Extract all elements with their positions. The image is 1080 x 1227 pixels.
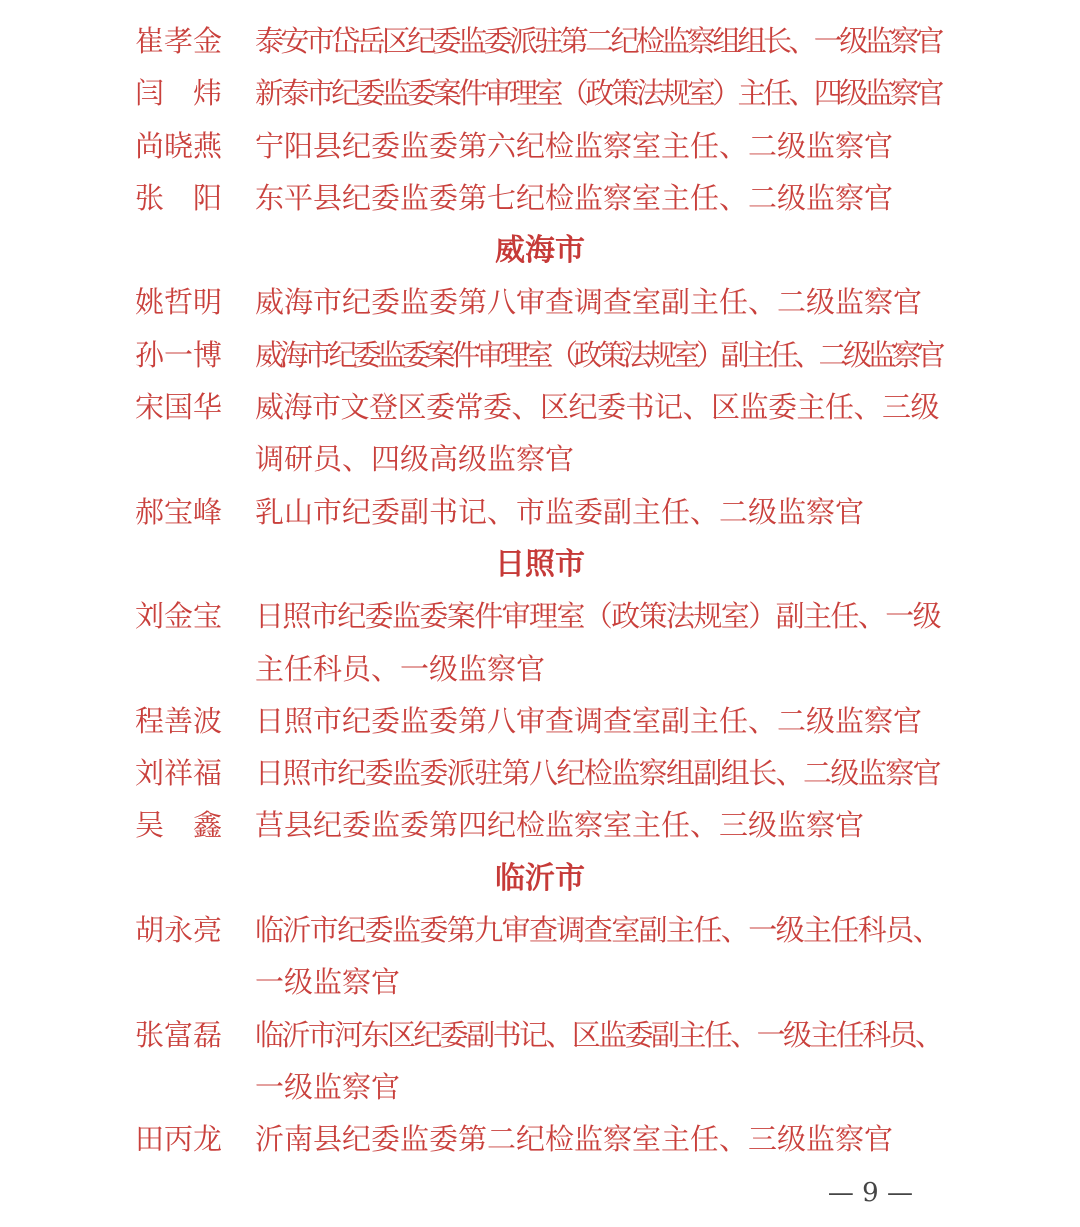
position-line: 东平县纪委监委第七纪检监察室主任、二级监察官 <box>255 173 945 225</box>
entry-name: 宋国华 <box>135 382 227 434</box>
position-line: 日照市纪委监委第八审查调查室副主任、二级监察官 <box>255 696 945 748</box>
entry-row: 程善波 日照市纪委监委第八审查调查室副主任、二级监察官 <box>135 696 945 748</box>
section-header-linyi: 临沂市 <box>135 853 945 905</box>
entry-row: 刘祥福 日照市纪委监委派驻第八纪检监察组副组长、二级监察官 <box>135 748 945 800</box>
entry-position: 威海市纪委监委案件审理室（政策法规室）副主任、二级监察官 <box>255 330 945 382</box>
position-line: 主任科员、一级监察官 <box>255 644 945 696</box>
position-line: 临沂市河东区纪委副书记、区监委副主任、一级主任科员、 <box>255 1010 945 1062</box>
position-line: 乳山市纪委副书记、市监委副主任、二级监察官 <box>255 487 945 539</box>
position-line: 威海市纪委监委第八审查调查室副主任、二级监察官 <box>255 277 945 329</box>
entry-name: 崔孝金 <box>135 16 227 68</box>
entry-row: 吴 鑫 莒县纪委监委第四纪检监察室主任、三级监察官 <box>135 800 945 852</box>
entry-name: 尚晓燕 <box>135 121 227 173</box>
entry-row: 宋国华 威海市文登区委常委、区纪委书记、区监委主任、三级 调研员、四级高级监察官 <box>135 382 945 487</box>
entry-position: 泰安市岱岳区纪委监委派驻第二纪检监察组组长、一级监察官 <box>255 16 945 68</box>
entry-position: 威海市文登区委常委、区纪委书记、区监委主任、三级 调研员、四级高级监察官 <box>255 382 945 487</box>
entry-row: 尚晓燕 宁阳县纪委监委第六纪检监察室主任、二级监察官 <box>135 121 945 173</box>
position-line: 新泰市纪委监委案件审理室（政策法规室）主任、四级监察官 <box>255 68 945 120</box>
entry-name: 胡永亮 <box>135 905 227 957</box>
entry-name: 田丙龙 <box>135 1114 227 1166</box>
entry-row: 郝宝峰 乳山市纪委副书记、市监委副主任、二级监察官 <box>135 487 945 539</box>
entry-row: 田丙龙 沂南县纪委监委第二纪检监察室主任、三级监察官 <box>135 1114 945 1166</box>
position-line: 一级监察官 <box>255 957 945 1009</box>
entry-position: 新泰市纪委监委案件审理室（政策法规室）主任、四级监察官 <box>255 68 945 120</box>
entry-name: 张富磊 <box>135 1010 227 1062</box>
entry-row: 姚哲明 威海市纪委监委第八审查调查室副主任、二级监察官 <box>135 277 945 329</box>
entry-name: 张 阳 <box>135 173 227 225</box>
entry-row: 张 阳 东平县纪委监委第七纪检监察室主任、二级监察官 <box>135 173 945 225</box>
entry-position: 临沂市河东区纪委副书记、区监委副主任、一级主任科员、 一级监察官 <box>255 1010 945 1115</box>
position-line: 日照市纪委监委派驻第八纪检监察组副组长、二级监察官 <box>255 748 945 800</box>
entry-name: 刘金宝 <box>135 591 227 643</box>
entry-name: 程善波 <box>135 696 227 748</box>
position-line: 调研员、四级高级监察官 <box>255 434 945 486</box>
position-line: 宁阳县纪委监委第六纪检监察室主任、二级监察官 <box>255 121 945 173</box>
entry-position: 日照市纪委监委案件审理室（政策法规室）副主任、一级 主任科员、一级监察官 <box>255 591 945 696</box>
entry-name: 刘祥福 <box>135 748 227 800</box>
position-line: 沂南县纪委监委第二纪检监察室主任、三级监察官 <box>255 1114 945 1166</box>
entry-name: 姚哲明 <box>135 277 227 329</box>
position-line: 泰安市岱岳区纪委监委派驻第二纪检监察组组长、一级监察官 <box>255 16 945 68</box>
position-line: 威海市纪委监委案件审理室（政策法规室）副主任、二级监察官 <box>255 330 945 382</box>
entry-position: 莒县纪委监委第四纪检监察室主任、三级监察官 <box>255 800 945 852</box>
entry-position: 威海市纪委监委第八审查调查室副主任、二级监察官 <box>255 277 945 329</box>
position-line: 莒县纪委监委第四纪检监察室主任、三级监察官 <box>255 800 945 852</box>
section-header-rizhao: 日照市 <box>135 539 945 591</box>
entry-name: 吴 鑫 <box>135 800 227 852</box>
entry-position: 沂南县纪委监委第二纪检监察室主任、三级监察官 <box>255 1114 945 1166</box>
entry-position: 乳山市纪委副书记、市监委副主任、二级监察官 <box>255 487 945 539</box>
entry-position: 临沂市纪委监委第九审查调查室副主任、一级主任科员、 一级监察官 <box>255 905 945 1010</box>
entry-name: 郝宝峰 <box>135 487 227 539</box>
section-header-weihai: 威海市 <box>135 225 945 277</box>
position-line: 威海市文登区委常委、区纪委书记、区监委主任、三级 <box>255 382 945 434</box>
entry-name: 闫 炜 <box>135 68 227 120</box>
position-line: 一级监察官 <box>255 1062 945 1114</box>
position-line: 临沂市纪委监委第九审查调查室副主任、一级主任科员、 <box>255 905 945 957</box>
entry-row: 孙一博 威海市纪委监委案件审理室（政策法规室）副主任、二级监察官 <box>135 330 945 382</box>
entry-position: 日照市纪委监委第八审查调查室副主任、二级监察官 <box>255 696 945 748</box>
entry-row: 胡永亮 临沂市纪委监委第九审查调查室副主任、一级主任科员、 一级监察官 <box>135 905 945 1010</box>
entry-position: 东平县纪委监委第七纪检监察室主任、二级监察官 <box>255 173 945 225</box>
position-line: 日照市纪委监委案件审理室（政策法规室）副主任、一级 <box>255 591 945 643</box>
entry-row: 闫 炜 新泰市纪委监委案件审理室（政策法规室）主任、四级监察官 <box>135 68 945 120</box>
entry-position: 宁阳县纪委监委第六纪检监察室主任、二级监察官 <box>255 121 945 173</box>
entry-row: 张富磊 临沂市河东区纪委副书记、区监委副主任、一级主任科员、 一级监察官 <box>135 1010 945 1115</box>
document-page: 崔孝金 泰安市岱岳区纪委监委派驻第二纪检监察组组长、一级监察官 闫 炜 新泰市纪… <box>0 0 1080 1227</box>
entry-row: 崔孝金 泰安市岱岳区纪委监委派驻第二纪检监察组组长、一级监察官 <box>135 16 945 68</box>
entry-position: 日照市纪委监委派驻第八纪检监察组副组长、二级监察官 <box>255 748 945 800</box>
entry-name: 孙一博 <box>135 330 227 382</box>
entry-row: 刘金宝 日照市纪委监委案件审理室（政策法规室）副主任、一级 主任科员、一级监察官 <box>135 591 945 696</box>
page-number: — 9 — <box>135 1167 945 1219</box>
